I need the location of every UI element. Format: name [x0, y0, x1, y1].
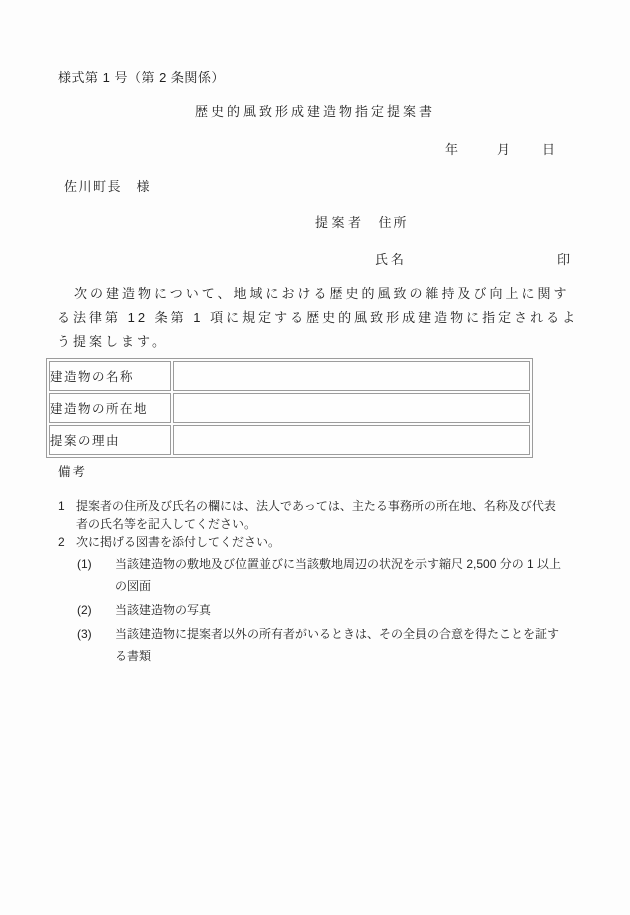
- attachment-item-1-number: (1): [77, 553, 115, 597]
- seal-label: 印: [557, 249, 570, 268]
- form-number: 様式第 1 号（第 2 条関係）: [58, 67, 225, 86]
- proposal-reason-label: 提案の理由: [49, 425, 171, 455]
- remark-item-2-number: 2: [58, 533, 76, 551]
- proposal-reason-field[interactable]: [173, 425, 530, 455]
- building-name-field[interactable]: [173, 361, 530, 391]
- remark-item-2: 2 次に掲げる図書を添付してください。: [58, 533, 566, 551]
- remarks-heading: 備考: [58, 465, 566, 480]
- date-month-label: 月: [497, 142, 510, 157]
- remark-item-1-number: 1: [58, 497, 76, 533]
- addressee: 佐川町長 様: [64, 176, 151, 195]
- attachment-item-2-text: 当該建造物の写真: [115, 599, 566, 621]
- remark-item-1-text: 提案者の住所及び氏名の欄には、法人であっては、主たる事務所の所在地、名称及び代表…: [76, 497, 566, 533]
- proposer-label: 提案者: [315, 215, 365, 230]
- proposer-address-line: 提案者住所: [315, 212, 409, 231]
- building-location-label: 建造物の所在地: [49, 393, 171, 423]
- building-fields-table: 建造物の名称 建造物の所在地 提案の理由: [46, 358, 533, 458]
- remarks-list: 1 提案者の住所及び氏名の欄には、法人であっては、主たる事務所の所在地、名称及び…: [58, 497, 566, 667]
- building-name-label: 建造物の名称: [49, 361, 171, 391]
- table-row: 提案の理由: [49, 425, 530, 455]
- remark-item-2-sublist: (1) 当該建造物の敷地及び位置並びに当該敷地周辺の状況を示す縮尺 2,500 …: [77, 553, 566, 667]
- remarks-section: 備考 1 提案者の住所及び氏名の欄には、法人であっては、主たる事務所の所在地、名…: [58, 465, 566, 667]
- document-page: 様式第 1 号（第 2 条関係） 歴史的風致形成建造物指定提案書 年月日 佐川町…: [0, 0, 630, 915]
- date-year-label: 年: [445, 142, 458, 157]
- table-row: 建造物の所在地: [49, 393, 530, 423]
- remark-item-2-text: 次に掲げる図書を添付してください。: [76, 533, 566, 551]
- remark-item-1: 1 提案者の住所及び氏名の欄には、法人であっては、主たる事務所の所在地、名称及び…: [58, 497, 566, 533]
- date-day-label: 日: [542, 142, 555, 157]
- proposer-address-label: 住所: [379, 215, 409, 230]
- building-location-field[interactable]: [173, 393, 530, 423]
- proposer-name-label: 氏名: [375, 249, 407, 268]
- attachment-item-1-text: 当該建造物の敷地及び位置並びに当該敷地周辺の状況を示す縮尺 2,500 分の 1…: [115, 553, 566, 597]
- attachment-item-3: (3) 当該建造物に提案者以外の所有者がいるときは、その全員の合意を得たことを証…: [77, 623, 566, 667]
- attachment-item-2-number: (2): [77, 599, 115, 621]
- attachment-item-2: (2) 当該建造物の写真: [77, 599, 566, 621]
- date-line: 年月日: [445, 139, 555, 158]
- document-title: 歴史的風致形成建造物指定提案書: [0, 101, 630, 120]
- body-paragraph: 次の建造物について、地域における歴史的風致の維持及び向上に関する法律第 12 条…: [57, 282, 581, 354]
- attachment-item-3-number: (3): [77, 623, 115, 667]
- attachment-item-3-text: 当該建造物に提案者以外の所有者がいるときは、その全員の合意を得たことを証する書類: [115, 623, 566, 667]
- table-row: 建造物の名称: [49, 361, 530, 391]
- attachment-item-1: (1) 当該建造物の敷地及び位置並びに当該敷地周辺の状況を示す縮尺 2,500 …: [77, 553, 566, 597]
